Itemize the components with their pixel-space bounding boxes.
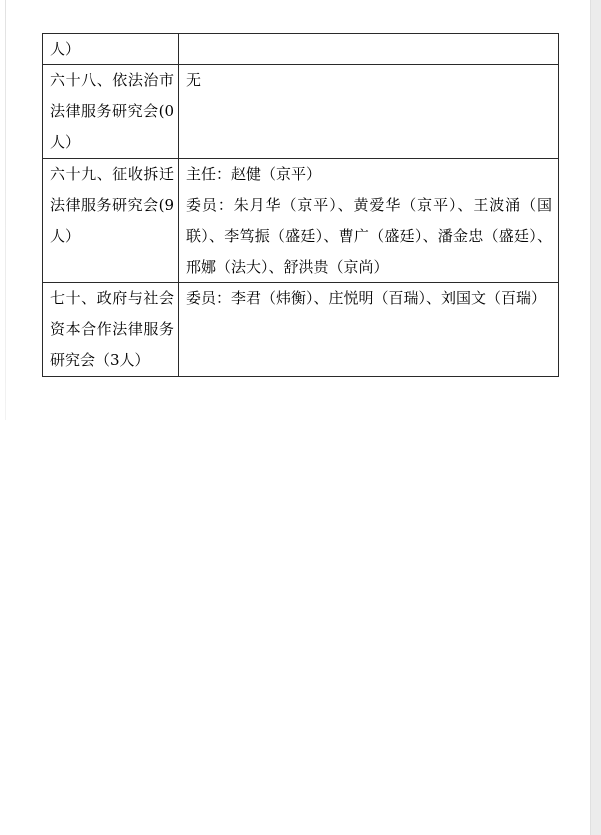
committee-cell: 六十八、依法治市法律服务研究会(0人） — [43, 65, 179, 158]
member-line: 委员：朱月华（京平）、黄爱华（京平）、王波涌（国联）、李笃振（盛廷）、曹广（盛廷… — [186, 190, 552, 282]
table-row: 人） — [43, 34, 558, 65]
member-line: 无 — [186, 65, 552, 96]
members-cell: 无 — [179, 65, 558, 158]
page-left-edge-line — [5, 0, 6, 420]
committee-cell: 六十九、征收拆迁法律服务研究会(9人） — [43, 159, 179, 282]
committee-members-table: 人）六十八、依法治市法律服务研究会(0人）无六十九、征收拆迁法律服务研究会(9人… — [42, 33, 559, 377]
members-cell — [179, 34, 558, 64]
committee-text: 六十九、征收拆迁法律服务研究会(9人） — [50, 159, 174, 252]
member-line: 主任：赵健（京平） — [186, 159, 552, 190]
members-cell: 主任：赵健（京平）委员：朱月华（京平）、黄爱华（京平）、王波涌（国联）、李笃振（… — [179, 159, 558, 282]
committee-cell: 七十、政府与社会资本合作法律服务研究会（3人） — [43, 283, 179, 376]
member-line: 委员：李君（炜衡）、庄悦明（百瑞）、刘国文（百瑞） — [186, 283, 552, 314]
committee-text: 七十、政府与社会资本合作法律服务研究会（3人） — [50, 283, 174, 376]
committee-text: 六十八、依法治市法律服务研究会(0人） — [50, 65, 174, 158]
members-cell: 委员：李君（炜衡）、庄悦明（百瑞）、刘国文（百瑞） — [179, 283, 558, 376]
table-row: 六十九、征收拆迁法律服务研究会(9人）主任：赵健（京平）委员：朱月华（京平）、黄… — [43, 159, 558, 283]
table-row: 六十八、依法治市法律服务研究会(0人）无 — [43, 65, 558, 159]
table-row: 七十、政府与社会资本合作法律服务研究会（3人）委员：李君（炜衡）、庄悦明（百瑞）… — [43, 283, 558, 376]
committee-cell: 人） — [43, 34, 179, 64]
committee-text: 人） — [50, 34, 174, 64]
page-right-margin-band — [590, 0, 601, 835]
document-page: 人）六十八、依法治市法律服务研究会(0人）无六十九、征收拆迁法律服务研究会(9人… — [0, 0, 601, 835]
